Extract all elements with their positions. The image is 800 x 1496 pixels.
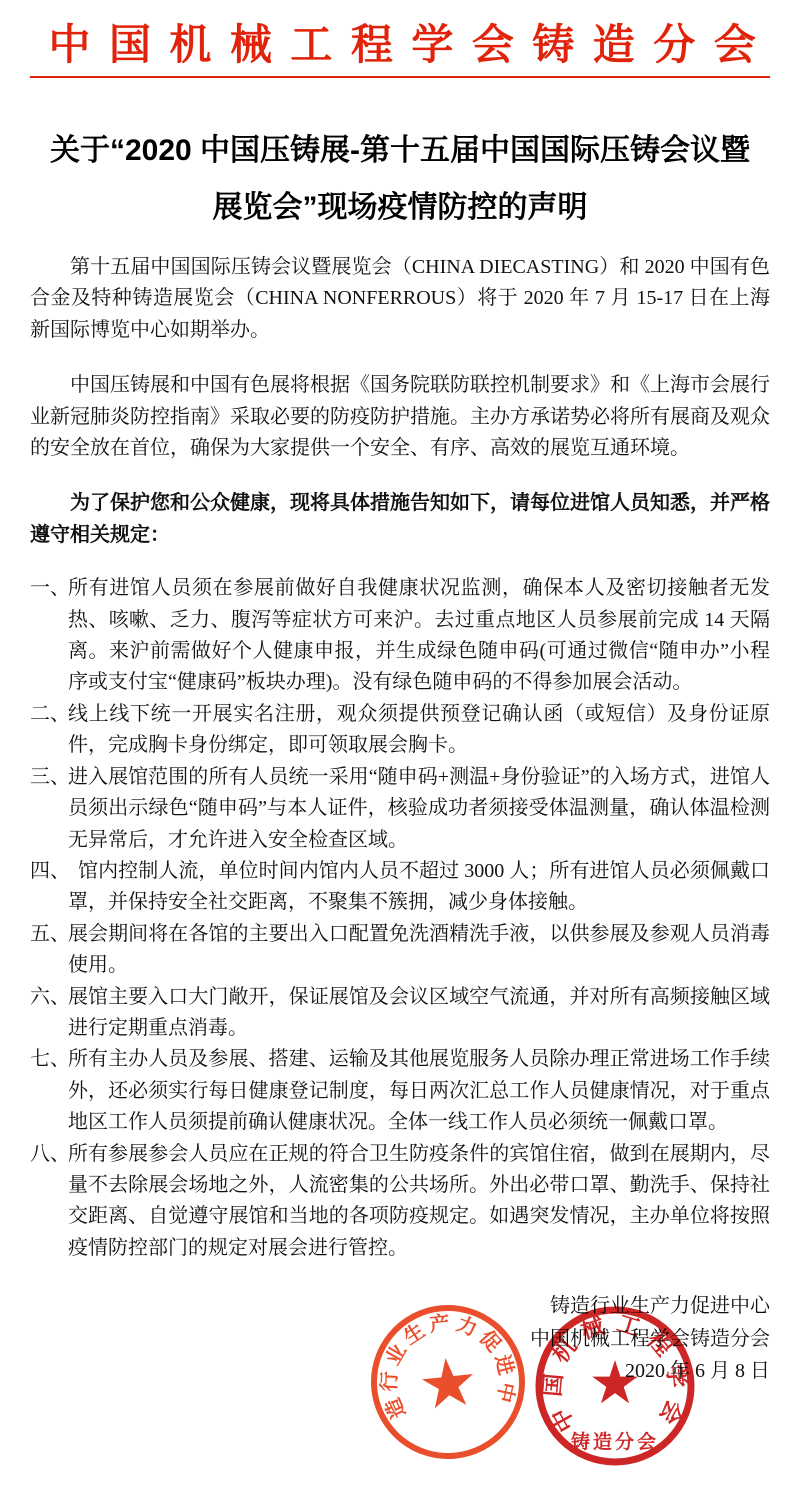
rule-number: 一、 — [30, 573, 68, 604]
rule-text: 馆内控制人流，单位时间内馆内人员不超过 3000 人；所有进馆人员必须佩戴口罩，… — [68, 860, 770, 913]
rule-text: 所有参展参会人员应在正规的符合卫生防疫条件的宾馆住宿，做到在展期内，尽量不去除展… — [68, 1143, 770, 1259]
rule-item-6: 六、 展馆主要入口大门敞开，保证展馆及会议区域空气流通，并对所有高频接触区域进行… — [30, 982, 770, 1045]
rules-list: 一、 所有进馆人员须在参展前做好自我健康状况监测，确保本人及密切接触者无发热、咳… — [30, 573, 770, 1264]
rule-number: 五、 — [30, 919, 68, 950]
rule-item-2: 二、 线上线下统一开展实名注册，观众须提供预登记确认函（或短信）及身份证原件，完… — [30, 699, 770, 762]
rule-number: 二、 — [30, 699, 68, 730]
paragraph-measures: 中国压铸展和中国有色展将根据《国务院联防联控机制要求》和《上海市会展行业新冠肺炎… — [30, 370, 770, 464]
stamp-foundry-institution-seal: 中国机械工程学会 铸造分会 — [531, 1302, 699, 1470]
stamp-productivity-center-seal: 铸造行业生产力促进中心 — [359, 1293, 537, 1471]
rule-number: 八、 — [30, 1139, 68, 1170]
star-icon — [592, 1360, 638, 1403]
rule-text: 线上线下统一开展实名注册，观众须提供预登记确认函（或短信）及身份证原件，完成胸卡… — [68, 703, 770, 756]
rule-item-3: 三、 进入展馆范围的所有人员统一采用“随申码+测温+身份验证”的入场方式，进馆人… — [30, 762, 770, 856]
rule-item-4: 四、 馆内控制人流，单位时间内馆内人员不超过 3000 人；所有进馆人员必须佩戴… — [30, 856, 770, 919]
rule-text: 所有进馆人员须在参展前做好自我健康状况监测，确保本人及密切接触者无发热、咳嗽、乏… — [68, 577, 770, 693]
document-title-line1: 关于“2020 中国压铸展-第十五届中国国际压铸会议暨 — [30, 122, 770, 179]
stamp-circular-text: 铸造行业生产力促进中心 — [359, 1293, 523, 1426]
rule-item-7: 七、 所有主办人员及参展、搭建、运输及其他展览服务人员除办理正常进场工作手续外，… — [30, 1044, 770, 1138]
document-title-line2: 展览会”现场疫情防控的声明 — [30, 179, 770, 236]
document-title: 关于“2020 中国压铸展-第十五届中国国际压铸会议暨 展览会”现场疫情防控的声… — [30, 122, 770, 236]
document-page: 中国机械工程学会铸造分会 关于“2020 中国压铸展-第十五届中国国际压铸会议暨… — [0, 0, 800, 1496]
rule-text: 进入展馆范围的所有人员统一采用“随申码+测温+身份验证”的入场方式，进馆人员须出… — [68, 766, 770, 851]
rule-number: 四、 — [30, 856, 68, 887]
stamp-bottom-text: 铸造分会 — [571, 1430, 659, 1453]
rule-number: 六、 — [30, 982, 68, 1013]
org-header-title: 中国机械工程学会铸造分会 — [30, 22, 770, 68]
paragraph-intro: 第十五届中国国际压铸会议暨展览会（CHINA DIECASTING）和 2020… — [30, 252, 770, 346]
rule-text: 展会期间将在各馆的主要出入口配置免洗酒精洗手液，以供参展及参观人员消毒使用。 — [68, 923, 770, 976]
rule-item-8: 八、 所有参展参会人员应在正规的符合卫生防疫条件的宾馆住宿，做到在展期内，尽量不… — [30, 1139, 770, 1265]
star-icon — [420, 1355, 476, 1409]
letterhead: 中国机械工程学会铸造分会 — [30, 22, 770, 78]
paragraph-notice: 为了保护您和公众健康，现将具体措施告知如下，请每位进馆人员知悉，并严格遵守相关规… — [30, 488, 770, 551]
rule-item-5: 五、 展会期间将在各馆的主要出入口配置免洗酒精洗手液，以供参展及参观人员消毒使用… — [30, 919, 770, 982]
rule-text: 展馆主要入口大门敞开，保证展馆及会议区域空气流通，并对所有高频接触区域进行定期重… — [68, 986, 770, 1039]
rule-text: 所有主办人员及参展、搭建、运输及其他展览服务人员除办理正常进场工作手续外，还必须… — [68, 1048, 770, 1133]
rule-item-1: 一、 所有进馆人员须在参展前做好自我健康状况监测，确保本人及密切接触者无发热、咳… — [30, 573, 770, 699]
rule-number: 七、 — [30, 1044, 68, 1075]
rule-number: 三、 — [30, 762, 68, 793]
